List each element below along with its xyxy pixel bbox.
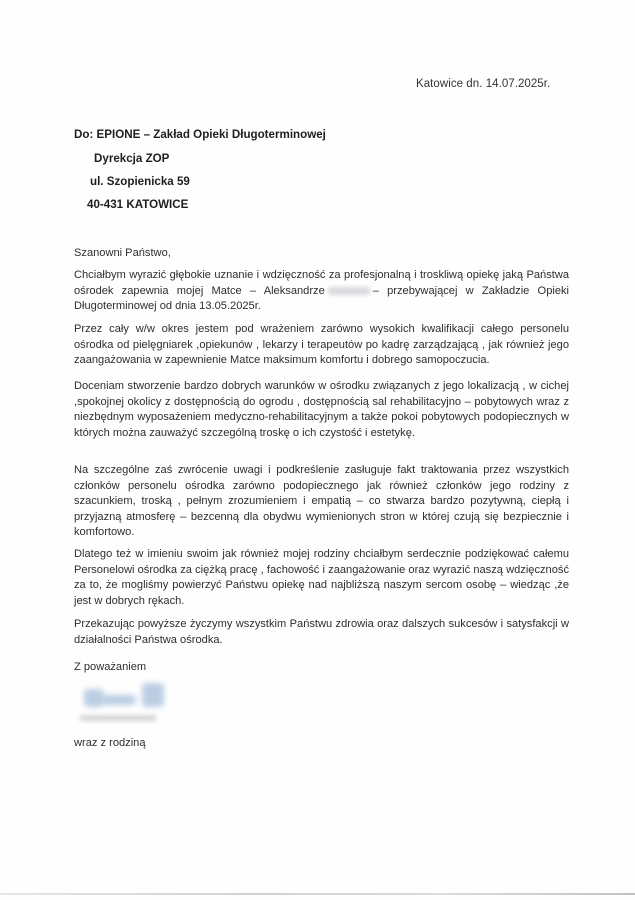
paragraph-2: Przez cały w/w okres jestem pod wrażenie… (74, 322, 569, 369)
recipient-to-line: Do: EPIONE – Zakład Opieki Długoterminow… (74, 128, 326, 141)
recipient-street: ul. Szopienicka 59 (90, 175, 190, 188)
paragraph-3: Doceniam stworzenie bardzo dobrych warun… (74, 379, 569, 441)
place-date: Katowice dn. 14.07.2025r. (416, 78, 550, 90)
recipient-postal-city: 40-431 KATOWICE (87, 198, 188, 211)
recipient-department: Dyrekcja ZOP (94, 152, 169, 165)
letter-page: Katowice dn. 14.07.2025r. Do: EPIONE – Z… (0, 0, 635, 900)
paragraph-1: Chciałbym wyrazić głębokie uznanie i wdz… (74, 268, 569, 315)
redacted-signature (80, 677, 170, 723)
salutation: Szanowni Państwo, (74, 246, 569, 262)
closing: Z poważaniem (74, 660, 569, 676)
paragraph-5: Dlatego też w imieniu swoim jak również … (74, 547, 569, 609)
redacted-surname (328, 287, 370, 295)
family-line: wraz z rodziną (74, 736, 569, 752)
paragraph-4: Na szczególne zaś zwrócenie uwagi i podk… (74, 463, 569, 541)
scan-bottom-edge (0, 893, 635, 895)
paragraph-6: Przekazując powyższe życzymy wszystkim P… (74, 617, 569, 648)
